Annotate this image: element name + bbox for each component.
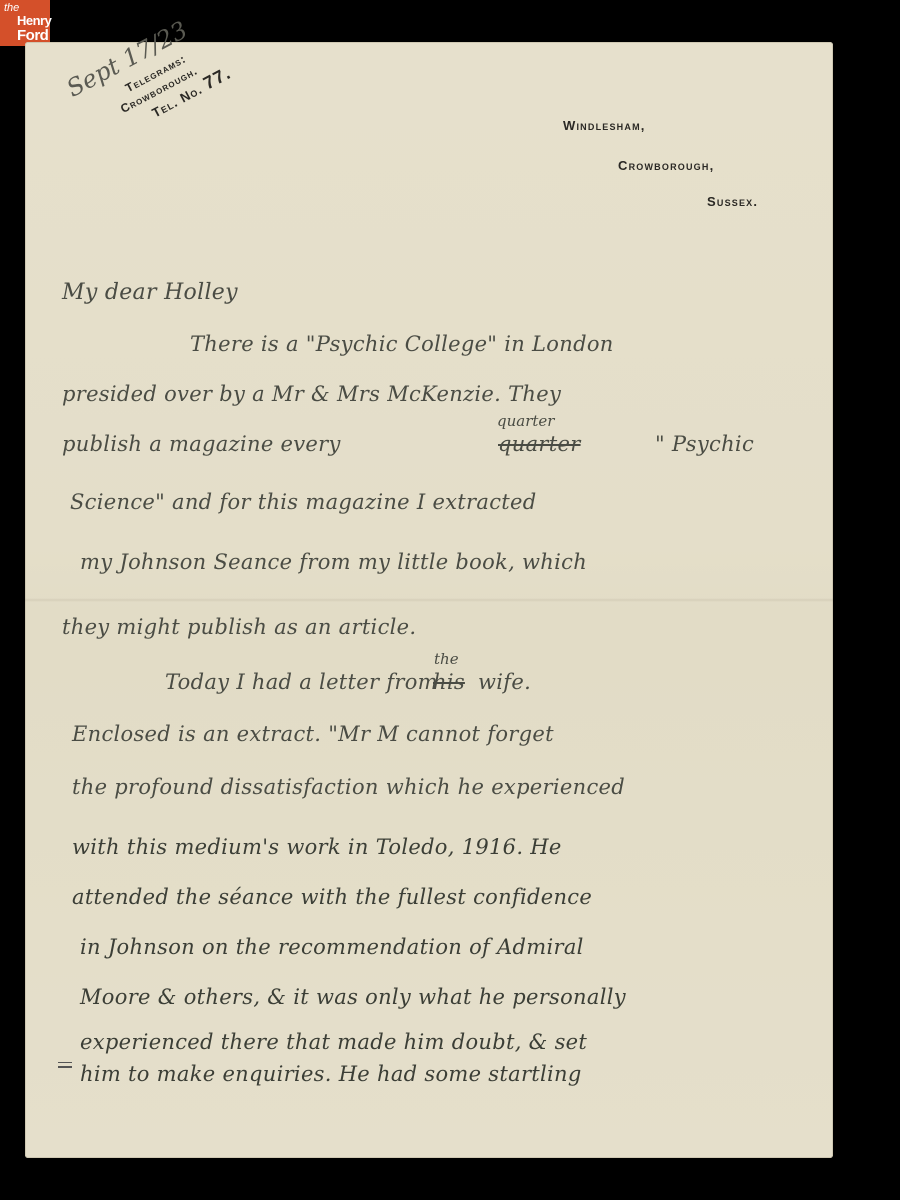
- henry-ford-logo: the Henry Ford: [0, 0, 50, 46]
- letterhead-county: Sussex.: [707, 194, 758, 209]
- logo-henry: Henry: [17, 14, 51, 27]
- struck-word-quarter: quarter: [498, 432, 581, 456]
- body-line-8: Enclosed is an extract. "Mr M cannot for…: [72, 722, 554, 746]
- body-line-7: Today I had a letter from: [165, 670, 438, 694]
- body-line-3: publish a magazine every: [62, 432, 341, 456]
- body-line-7-end: wife.: [478, 670, 531, 694]
- body-line-5: my Johnson Seance from my little book, w…: [80, 550, 587, 574]
- insert-quarter: quarter: [497, 412, 554, 430]
- body-line-2: presided over by a Mr & Mrs McKenzie. Th…: [62, 382, 561, 406]
- body-line-13: Moore & others, & it was only what he pe…: [80, 985, 626, 1009]
- body-line-6: they might publish as an article.: [62, 615, 416, 639]
- struck-word-his: his: [433, 670, 465, 694]
- paper-fold-line: [25, 598, 833, 602]
- body-line-4: Science" and for this magazine I extract…: [70, 490, 536, 514]
- salutation: My dear Holley: [62, 280, 238, 305]
- logo-ford: Ford: [17, 28, 48, 43]
- body-line-12: in Johnson on the recommendation of Admi…: [80, 935, 584, 959]
- body-line-10: with this medium's work in Toledo, 1916.…: [72, 835, 562, 859]
- insert-the: the: [434, 650, 459, 668]
- body-line-3-end: " Psychic: [655, 432, 754, 456]
- body-line-1: There is a "Psychic College" in London: [190, 332, 614, 356]
- letterhead-house: Windlesham,: [563, 118, 646, 133]
- letterhead-town: Crowborough,: [618, 158, 714, 173]
- body-line-9: the profound dissatisfaction which he ex…: [72, 775, 625, 799]
- body-line-11: attended the séance with the fullest con…: [72, 885, 592, 909]
- margin-mark: [58, 1062, 72, 1068]
- body-line-15: him to make enquiries. He had some start…: [80, 1062, 582, 1086]
- body-line-14: experienced there that made him doubt, &…: [80, 1030, 587, 1054]
